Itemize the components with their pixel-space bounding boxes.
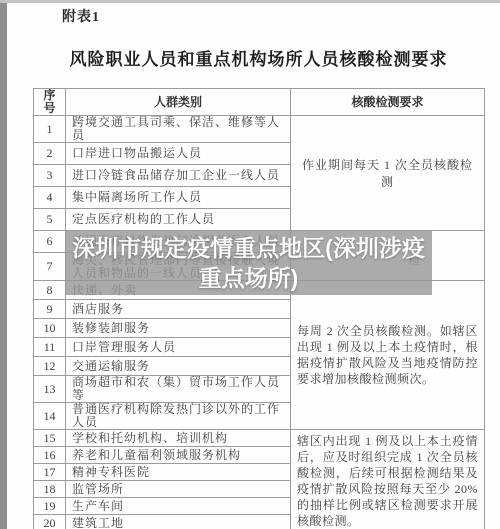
scanned-document-page: 附表1 风险职业人员和重点机构场所人员核酸检测要求 序号 人群类别 核酸检测要求… <box>0 0 500 529</box>
category-cell: 进口冷链食品储存加工企业一线人员 <box>66 165 291 187</box>
category-cell: 商场超市和农（集）贸市场工作人员等 <box>66 376 291 403</box>
row-number-cell: 19 <box>34 498 66 515</box>
category-cell: 口岸管理服务人员 <box>66 338 291 357</box>
row-number-cell: 9 <box>34 300 66 319</box>
scan-edge-left <box>0 0 7 529</box>
row-number-cell: 1 <box>34 116 66 143</box>
row-number-cell: 5 <box>34 209 66 231</box>
row-number-cell: 12 <box>34 357 66 376</box>
category-cell: 建筑工地 <box>66 515 291 529</box>
table-row: 15 学校和托幼机构、培训机构 辖区内出现 1 例及以上本土疫情后，应及时组织完… <box>34 430 485 447</box>
row-number-cell: 17 <box>34 464 66 481</box>
row-number-cell: 13 <box>34 376 66 403</box>
requirement-cell-rows-8-14: 每周 2 次全员核酸检测。如辖区出现 1 例及以上本土疫情时，根据疫情扩散风险及… <box>291 281 485 430</box>
category-cell: 生产车间 <box>66 498 291 515</box>
scan-edge-top <box>0 0 500 3</box>
category-cell: 酒店服务 <box>66 300 291 319</box>
row-number-cell: 16 <box>34 447 66 464</box>
row-number-cell: 6 <box>34 231 66 253</box>
table-header-row: 序号 人群类别 核酸检测要求 <box>34 89 485 116</box>
header-requirement: 核酸检测要求 <box>291 89 485 116</box>
table-row: 1 跨境交通工具司乘、保洁、维修等人员 作业期间每天 1 次全员核酸检测 <box>34 116 485 143</box>
row-number-cell: 10 <box>34 319 66 338</box>
row-number-cell: 7 <box>34 253 66 281</box>
category-cell: 普通医疗机构除发热门诊以外的工作人员 <box>66 403 291 430</box>
row-number-cell: 11 <box>34 338 66 357</box>
category-cell: 交通运输服务 <box>66 357 291 376</box>
requirement-cell-rows-15-20: 辖区内出现 1 例及以上本土疫情后，应及时组织完成 1 次全员核酸检测，后续可根… <box>291 430 485 529</box>
category-cell: 养老和儿童福利领域服务机构 <box>66 447 291 464</box>
category-cell: 定点医疗机构的工作人员 <box>66 209 291 231</box>
appendix-label: 附表1 <box>62 6 100 26</box>
row-number-cell: 15 <box>34 430 66 447</box>
category-cell: 精神专科医院 <box>66 464 291 481</box>
watermark-text-line2: 重点场所) <box>199 263 299 293</box>
row-number-cell: 4 <box>34 187 66 209</box>
row-number-cell: 8 <box>34 281 66 300</box>
row-number-cell: 2 <box>34 143 66 165</box>
category-cell: 集中隔离场所工作人员 <box>66 187 291 209</box>
header-category: 人群类别 <box>66 89 291 116</box>
category-cell: 监管场所 <box>66 481 291 498</box>
requirement-cell-rows-1-5: 作业期间每天 1 次全员核酸检测 <box>291 116 485 231</box>
row-number-cell: 14 <box>34 403 66 430</box>
category-cell: 学校和托幼机构、培训机构 <box>66 430 291 447</box>
row-number-cell: 3 <box>34 165 66 187</box>
watermark-overlay: 深圳市规定疫情重点地区(深圳涉疫 重点场所) <box>65 231 432 295</box>
row-number-cell: 18 <box>34 481 66 498</box>
category-cell: 口岸进口物品搬运人员 <box>66 143 291 165</box>
document-title: 风险职业人员和重点机构场所人员核酸检测要求 <box>33 45 484 70</box>
category-cell: 跨境交通工具司乘、保洁、维修等人员 <box>66 116 291 143</box>
header-no: 序号 <box>34 89 66 116</box>
watermark-text-line1: 深圳市规定疫情重点地区(深圳涉疫 <box>72 233 425 263</box>
testing-requirements-table: 序号 人群类别 核酸检测要求 1 跨境交通工具司乘、保洁、维修等人员 作业期间每… <box>33 88 485 529</box>
category-cell: 装修装卸服务 <box>66 319 291 338</box>
row-number-cell: 20 <box>34 515 66 529</box>
